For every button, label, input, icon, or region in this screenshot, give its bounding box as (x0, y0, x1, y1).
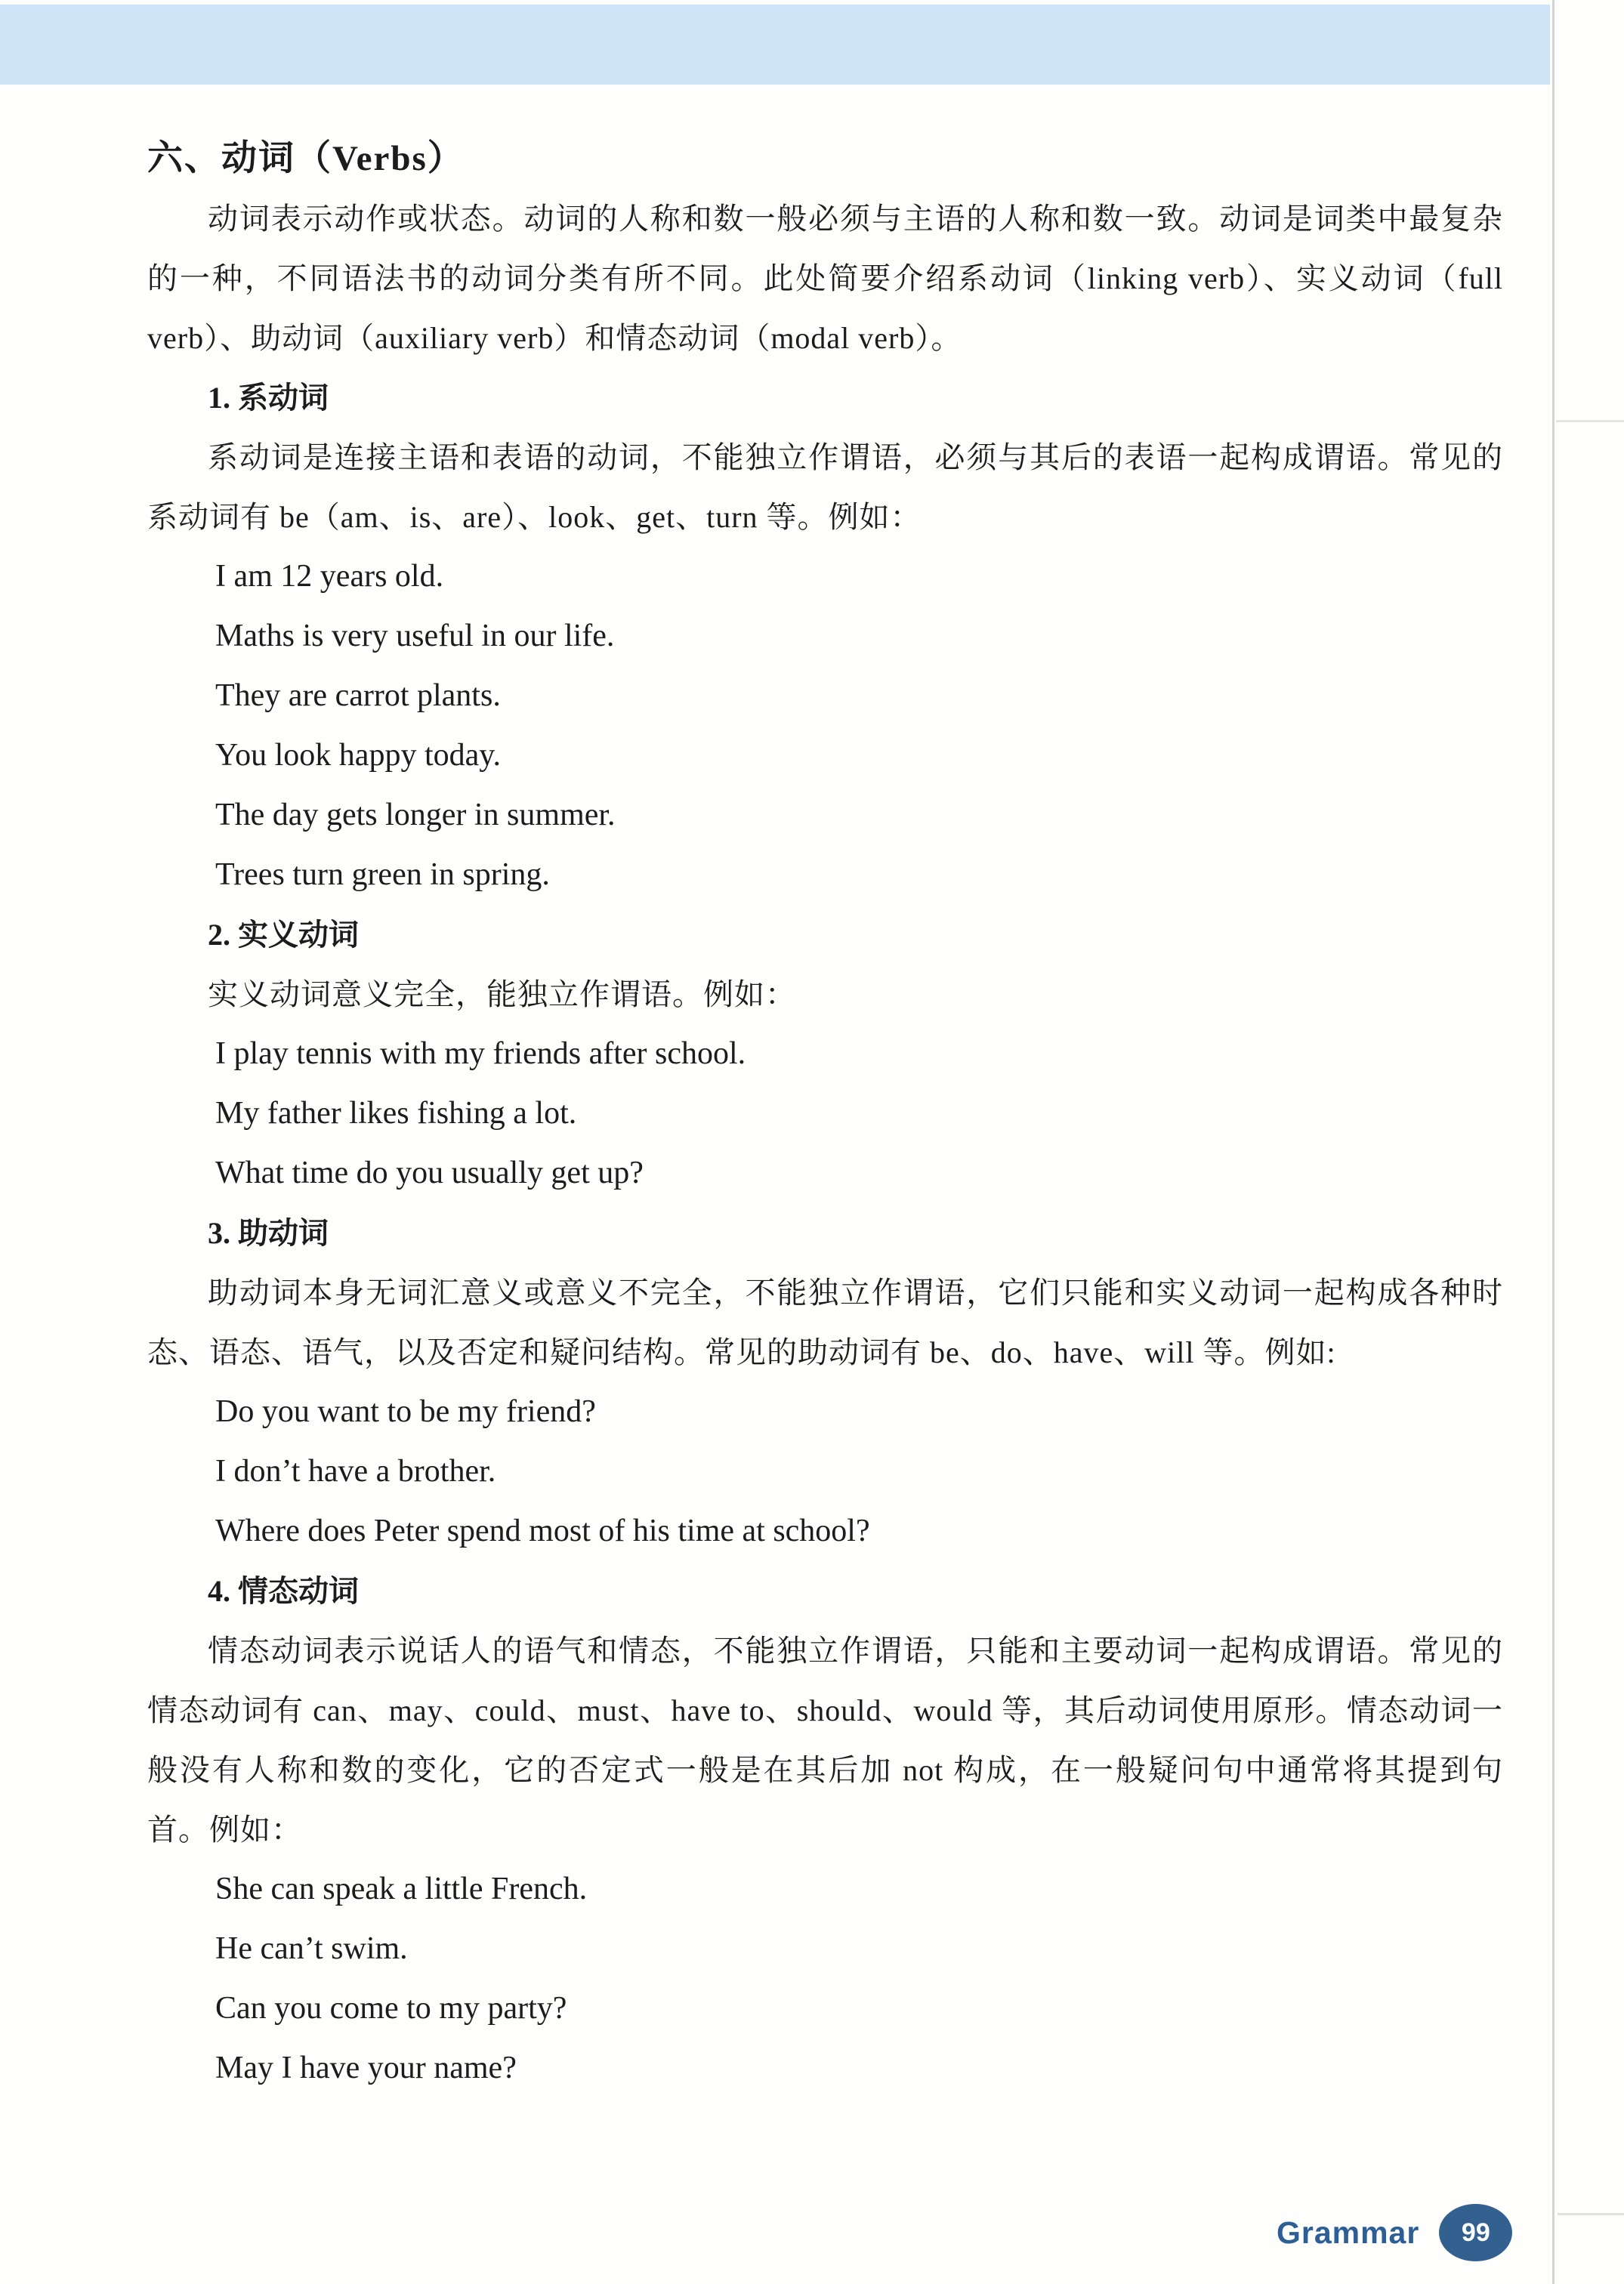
example-sentence: I play tennis with my friends after scho… (215, 1024, 1503, 1084)
page-title: 六、动词（Verbs） (147, 129, 1503, 189)
scan-artifact-line (1556, 420, 1624, 422)
section-heading-linking-verb: 1. 系动词 (208, 368, 1503, 427)
section-heading-full-verb: 2. 实义动词 (208, 905, 1503, 965)
example-sentence: You look happy today. (215, 726, 1503, 786)
section-body-modal-verb: 情态动词表示说话人的语气和情态，不能独立作谓语，只能和主要动词一起构成谓语。常见… (147, 1621, 1503, 1860)
example-sentence: The day gets longer in summer. (215, 786, 1503, 845)
section-body-linking-verb: 系动词是连接主语和表语的动词，不能独立作谓语，必须与其后的表语一起构成谓语。常见… (147, 427, 1503, 547)
example-sentence: I don’t have a brother. (215, 1442, 1503, 1502)
example-sentence: He can’t swim. (215, 1919, 1503, 1979)
example-sentence: Can you come to my party? (215, 1979, 1503, 2039)
example-sentence: They are carrot plants. (215, 666, 1503, 726)
page-content: 六、动词（Verbs） 动词表示动作或状态。动词的人称和数一般必须与主语的人称和… (147, 129, 1503, 2098)
section-body-full-verb: 实义动词意义完全，能独立作谓语。例如： (147, 965, 1503, 1024)
intro-paragraph: 动词表示动作或状态。动词的人称和数一般必须与主语的人称和数一致。动词是词类中最复… (147, 189, 1503, 368)
scan-page-edge (1552, 0, 1555, 2284)
example-sentence: Maths is very useful in our life. (215, 606, 1503, 666)
section-heading-modal-verb: 4. 情态动词 (208, 1561, 1503, 1621)
example-sentence: May I have your name? (215, 2039, 1503, 2098)
example-sentence: She can speak a little French. (215, 1860, 1503, 1919)
example-sentence: Do you want to be my friend? (215, 1382, 1503, 1442)
example-sentence: Trees turn green in spring. (215, 845, 1503, 905)
section-heading-auxiliary-verb: 3. 助动词 (208, 1203, 1503, 1263)
page-footer: Grammar 99 (1277, 2203, 1512, 2262)
example-sentence: I am 12 years old. (215, 547, 1503, 606)
page-number-badge: 99 (1439, 2204, 1512, 2261)
example-sentence: What time do you usually get up? (215, 1144, 1503, 1203)
header-band (0, 5, 1550, 85)
example-sentence: Where does Peter spend most of his time … (215, 1502, 1503, 1561)
scan-artifact-line (1558, 2213, 1624, 2215)
footer-section-label: Grammar (1277, 2215, 1419, 2251)
example-sentence: My father likes fishing a lot. (215, 1084, 1503, 1144)
section-body-auxiliary-verb: 助动词本身无词汇意义或意义不完全，不能独立作谓语，它们只能和实义动词一起构成各种… (147, 1263, 1503, 1382)
textbook-page: 六、动词（Verbs） 动词表示动作或状态。动词的人称和数一般必须与主语的人称和… (0, 0, 1624, 2284)
